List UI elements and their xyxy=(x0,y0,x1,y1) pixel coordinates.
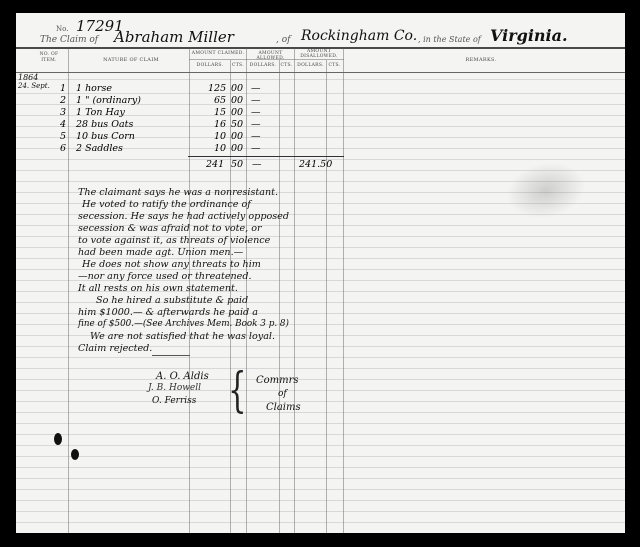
county-name: Rockingham Co. xyxy=(301,28,417,44)
col-header-claimed-cents: Cts. xyxy=(230,63,246,68)
table-row: 4 28 bus Oats 16 50 — xyxy=(16,119,346,130)
total-allowed: — xyxy=(252,159,262,170)
totals-row: 241 50 — 241.50 xyxy=(16,159,346,170)
claimed-dollars: 16 xyxy=(214,119,226,130)
item-number: 5 xyxy=(60,131,66,142)
allowed-amount: — xyxy=(251,107,261,118)
note-line: secession & was afraid not to vote, or xyxy=(78,223,262,234)
col-header-disallowed-cents: Cts. xyxy=(326,63,343,68)
item-nature: 1 horse xyxy=(76,83,112,94)
table-row: 6 2 Saddles 10 00 — xyxy=(16,143,346,154)
claimed-cents: 00 xyxy=(231,83,243,94)
note-line: to vote against it, as threats of violen… xyxy=(78,235,270,246)
item-nature: 2 Saddles xyxy=(76,143,123,154)
claimed-cents: 00 xyxy=(231,143,243,154)
state-label: , in the State of xyxy=(418,35,481,44)
claimed-dollars: 125 xyxy=(208,83,226,94)
claimed-dollars: 15 xyxy=(214,107,226,118)
note-line: Claim rejected. xyxy=(78,343,152,354)
claimed-cents: 00 xyxy=(231,107,243,118)
item-nature: 1 " (ordinary) xyxy=(76,95,141,106)
claimed-dollars: 10 xyxy=(214,143,226,154)
signature: J. B. Howell xyxy=(148,383,201,393)
claimed-cents: 00 xyxy=(231,131,243,142)
claimed-dollars: 10 xyxy=(214,131,226,142)
rejected-underline xyxy=(152,355,190,356)
claim-form-page: No. 17291 The Claim of Abraham Miller , … xyxy=(16,13,625,533)
note-line: fine of $500.—(See Archives Mem. Book 3 … xyxy=(78,319,289,329)
item-number: 6 xyxy=(60,143,66,154)
col-header-allowed-dollars: Dollars. xyxy=(247,63,279,68)
claimed-dollars: 65 xyxy=(214,95,226,106)
note-line: He voted to ratify the ordinance of xyxy=(82,199,251,210)
note-line: It all rests on his own statement. xyxy=(78,283,238,294)
allowed-amount: — xyxy=(251,119,261,130)
ink-blot xyxy=(71,449,79,460)
of-label: , of xyxy=(276,35,290,45)
claim-number-prefix: No. xyxy=(56,25,68,33)
col-header-amount-disallowed: Amount Disallowed. xyxy=(295,49,343,59)
allowed-amount: — xyxy=(251,83,261,94)
note-line: —nor any force used or threatened. xyxy=(78,271,252,282)
allowed-amount: — xyxy=(251,131,261,142)
note-line: So he hired a substitute & paid xyxy=(96,295,248,306)
total-claimed-cents: 50 xyxy=(231,159,243,170)
item-number: 3 xyxy=(60,107,66,118)
col-header-remarks: Remarks. xyxy=(346,57,616,63)
claimed-cents: 50 xyxy=(231,119,243,130)
column-header-rule xyxy=(16,72,625,73)
signature: A. O. Aldis xyxy=(156,371,209,382)
commissioners-title-of: of xyxy=(278,389,287,399)
table-row: 5 10 bus Corn 10 00 — xyxy=(16,131,346,142)
note-line: had been made agt. Union men.— xyxy=(78,247,243,258)
item-number: 2 xyxy=(60,95,66,106)
item-number: 1 xyxy=(60,83,66,94)
total-rule xyxy=(188,156,344,157)
entry-year: 1864 xyxy=(18,73,38,82)
brace-icon: { xyxy=(228,366,246,414)
claim-of-label: The Claim of xyxy=(40,35,98,45)
col-header-disallowed-dollars: Dollars. xyxy=(295,63,326,68)
allowed-amount: — xyxy=(251,95,261,106)
col-header-allowed-cents: Cts. xyxy=(279,63,294,68)
table-row: 3 1 Ton Hay 15 00 — xyxy=(16,107,346,118)
item-nature: 1 Ton Hay xyxy=(76,107,125,118)
commissioners-title-claims: Claims xyxy=(266,402,301,413)
allowed-amount: — xyxy=(251,143,261,154)
commissioners-title: Commrs xyxy=(256,375,299,386)
col-header-claimed-dollars: Dollars. xyxy=(190,63,230,68)
col-header-nature: Nature of Claim xyxy=(76,57,186,63)
note-line: We are not satisfied that he was loyal. xyxy=(90,331,275,342)
state-name: Virginia. xyxy=(490,26,568,45)
claimed-cents: 00 xyxy=(231,95,243,106)
item-number: 4 xyxy=(60,119,66,130)
item-nature: 10 bus Corn xyxy=(76,131,135,142)
note-line: secession. He says he had actively oppos… xyxy=(78,211,289,222)
faded-stamp xyxy=(501,155,591,225)
subheader-rule xyxy=(189,59,344,60)
note-line: He does not show any threats to him xyxy=(82,259,261,270)
total-disallowed: 241.50 xyxy=(299,159,332,170)
col-header-amount-claimed: Amount Claimed. xyxy=(190,51,246,56)
claimant-name: Abraham Miller xyxy=(114,28,234,46)
total-claimed-dollars: 241 xyxy=(206,159,224,170)
table-row: 2 1 " (ordinary) 65 00 — xyxy=(16,95,346,106)
note-line: him $1000.— & afterwards he paid a xyxy=(78,307,258,318)
table-row: 1 1 horse 125 00 — xyxy=(16,83,346,94)
col-header-item-no: No. of Item. xyxy=(34,52,64,64)
ink-blot xyxy=(54,433,62,445)
signature: O. Ferriss xyxy=(152,396,196,406)
note-line: The claimant says he was a nonresistant. xyxy=(78,187,278,198)
item-nature: 28 bus Oats xyxy=(76,119,133,130)
